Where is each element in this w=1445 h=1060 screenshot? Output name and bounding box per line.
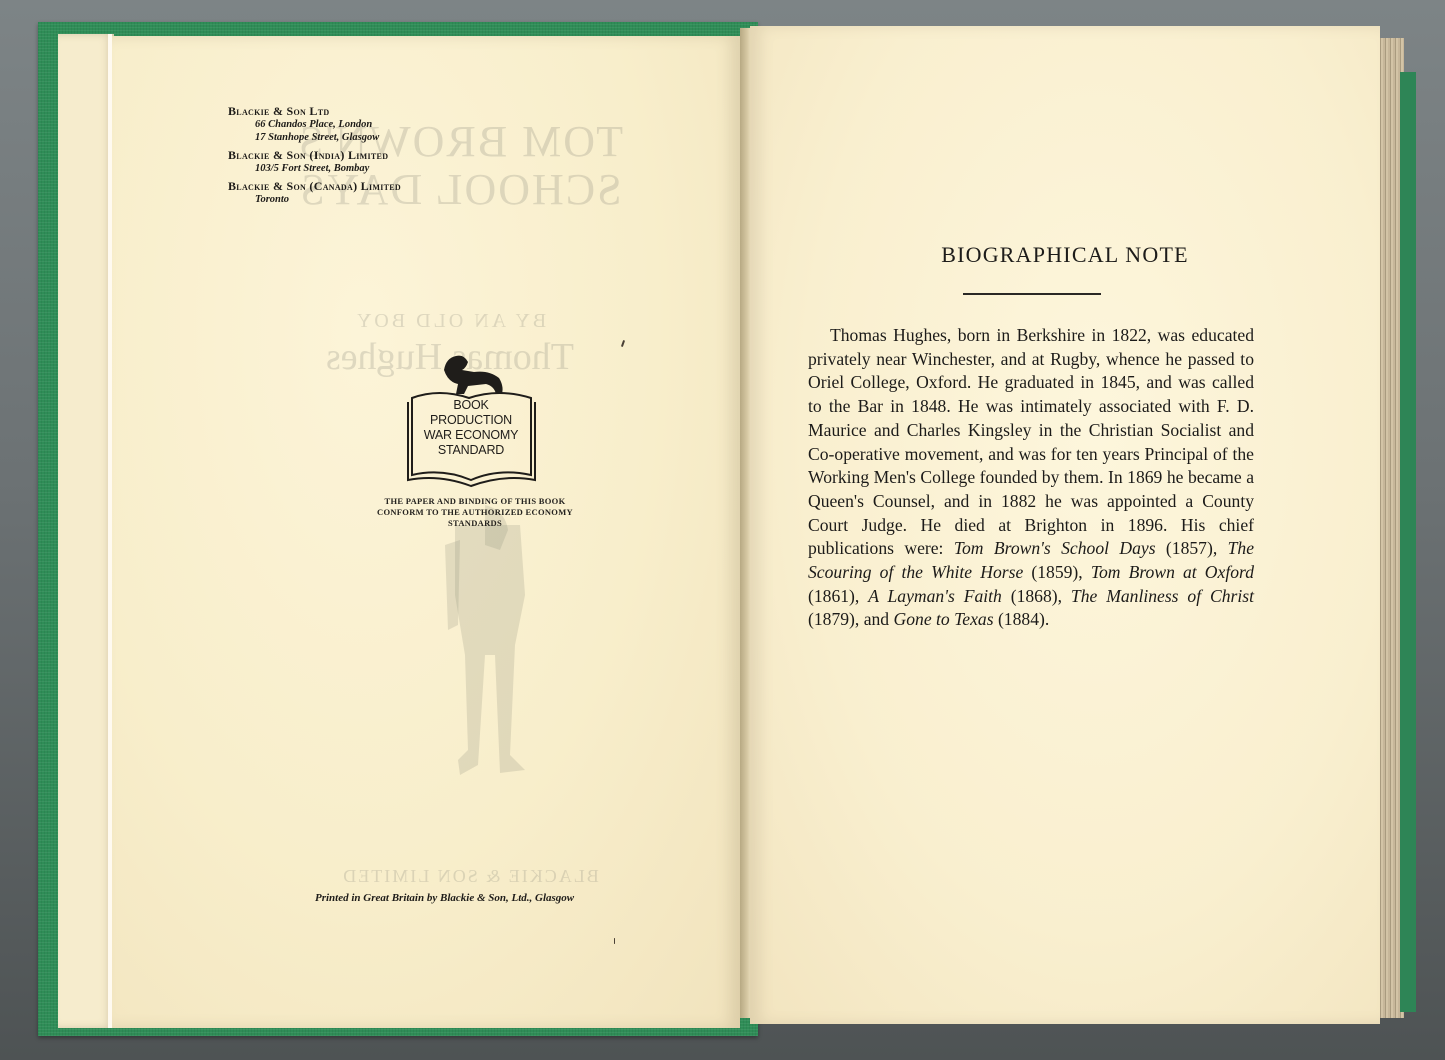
bio-paragraph: Thomas Hughes, born in Berkshire in 1822… xyxy=(808,325,1254,558)
economy-note-line: THE PAPER AND BINDING OF THIS BOOK xyxy=(355,496,595,507)
bio-year: (1868), xyxy=(1002,586,1071,606)
bio-year: (1861), xyxy=(808,586,868,606)
bleed-through-byline: BY AN OLD BOY xyxy=(300,310,600,333)
emblem-line: WAR ECONOMY xyxy=(416,428,526,443)
emblem-line: BOOK xyxy=(416,398,526,413)
publisher-name: Blackie & Son Ltd xyxy=(228,105,401,118)
paper-speck xyxy=(614,938,615,944)
flyleaf xyxy=(58,34,114,1028)
emblem-line: STANDARD xyxy=(416,443,526,458)
bleed-through-figure-illustration xyxy=(430,505,550,785)
publisher-addresses: Blackie & Son Ltd 66 Chandos Place, Lond… xyxy=(228,105,401,211)
book-title: The Manliness of Christ xyxy=(1071,586,1254,606)
publisher-address: 17 Stanhope Street, Glasgow xyxy=(228,131,401,144)
economy-standards-note: THE PAPER AND BINDING OF THIS BOOK CONFO… xyxy=(355,496,595,529)
bleed-through-imprint: BLACKIE & SON LIMITED xyxy=(300,866,640,887)
book-title: Tom Brown at Oxford xyxy=(1091,562,1254,582)
economy-note-line: CONFORM TO THE AUTHORIZED ECONOMY xyxy=(355,507,595,518)
publisher-address: Toronto xyxy=(228,193,401,206)
biography-text: Thomas Hughes, born in Berkshire in 1822… xyxy=(808,324,1254,632)
bio-year: (1859), xyxy=(1023,562,1091,582)
bio-year: (1879), and xyxy=(808,609,894,629)
publisher-address: 66 Chandos Place, London xyxy=(228,118,401,131)
economy-note-line: STANDARDS xyxy=(355,518,595,529)
printer-imprint: Printed in Great Britain by Blackie & So… xyxy=(315,892,574,904)
emblem-text: BOOK PRODUCTION WAR ECONOMY STANDARD xyxy=(416,398,526,458)
page-heading: BIOGRAPHICAL NOTE xyxy=(750,242,1380,268)
book-title: Tom Brown's School Days xyxy=(954,538,1156,558)
publisher-group-india: Blackie & Son (India) Limited 103/5 Fort… xyxy=(228,149,401,175)
book-title: A Layman's Faith xyxy=(868,586,1002,606)
publisher-address: 103/5 Fort Street, Bombay xyxy=(228,162,401,175)
publisher-name: Blackie & Son (India) Limited xyxy=(228,149,401,162)
book-cover-right-edge xyxy=(1400,72,1416,1012)
heading-rule xyxy=(963,293,1101,295)
bio-year: (1857), xyxy=(1156,538,1228,558)
bio-year: (1884). xyxy=(994,609,1050,629)
book-title: Gone to Texas xyxy=(894,609,994,629)
publisher-name: Blackie & Son (Canada) Limited xyxy=(228,180,401,193)
publisher-group-canada: Blackie & Son (Canada) Limited Toronto xyxy=(228,180,401,206)
emblem-line: PRODUCTION xyxy=(416,413,526,428)
publisher-group-uk: Blackie & Son Ltd 66 Chandos Place, Lond… xyxy=(228,105,401,144)
